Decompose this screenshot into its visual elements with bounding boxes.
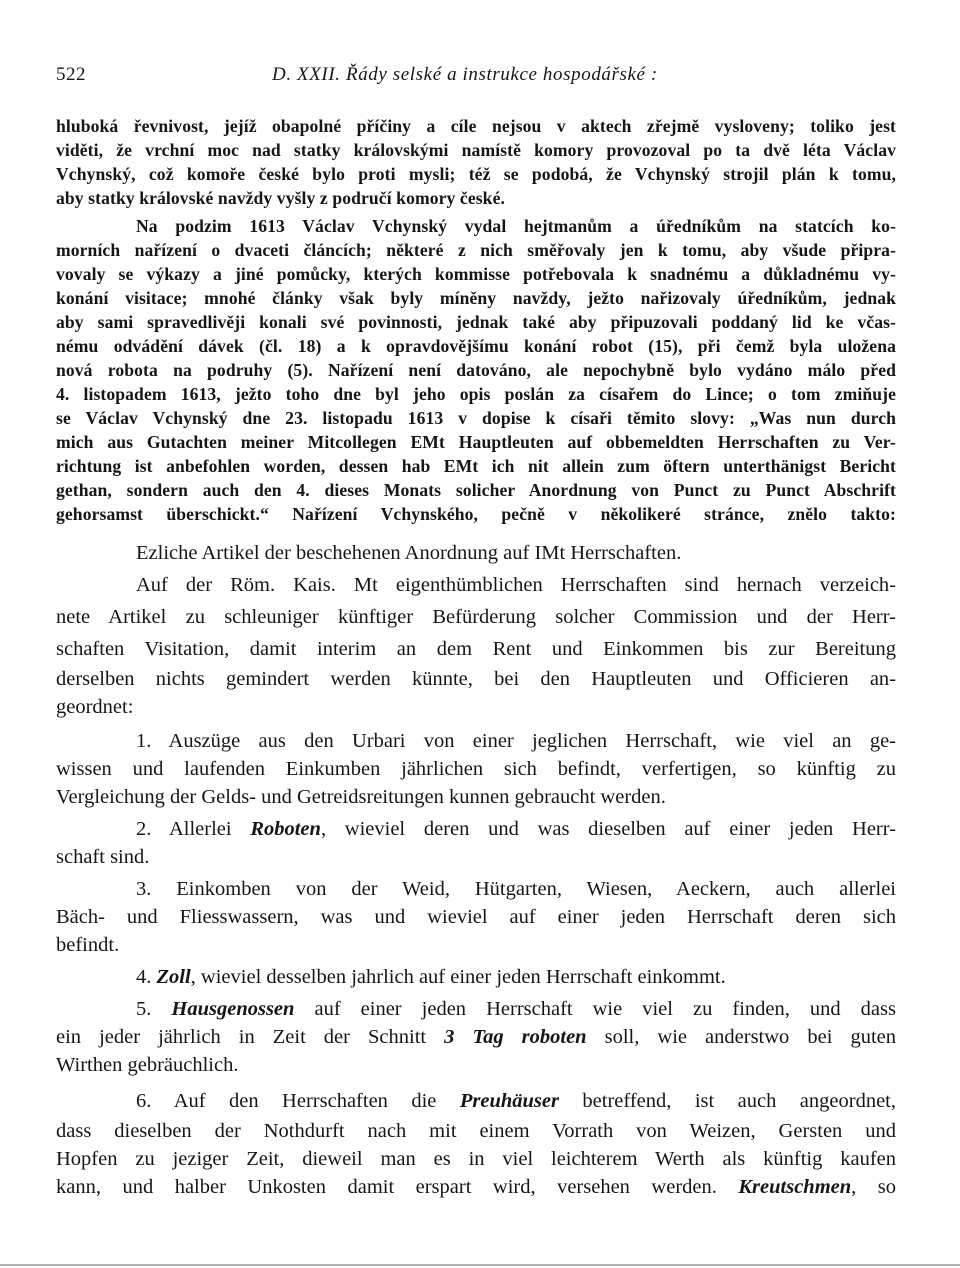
document-heading: Ezliche Artikel der beschehenen Anordnun… xyxy=(136,542,681,565)
article-5-line: 5. Hausgenossen auf einer jeden Herrscha… xyxy=(136,998,896,1021)
article-5-line: ein jeder jährlich in Zeit der Schnitt 3… xyxy=(56,1026,896,1049)
text-line: Auf der Röm. Kais. Mt eigenthümblichen H… xyxy=(136,574,896,597)
article-2-line: schaft sind. xyxy=(56,846,896,869)
text-line: richtung ist anbefohlen worden, dessen h… xyxy=(56,456,896,477)
text-line: Na podzim 1613 Václav Vchynský vydal hej… xyxy=(136,216,896,237)
page-number: 522 xyxy=(56,64,86,86)
text-line: 4. listopadem 1613, ježto toho dne byl j… xyxy=(56,384,896,405)
text-line: nová robota na podruhy (5). Nařízení nen… xyxy=(56,360,896,381)
text-line: Vchynský, což komoře české bylo proti my… xyxy=(56,164,896,185)
text-line: derselben nichts gemindert werden künnte… xyxy=(56,668,896,691)
article-6-line: dass dieselben der Nothdurft nach mit ei… xyxy=(56,1120,896,1143)
text-line: konání visitace; mnohé články však byly … xyxy=(56,288,896,309)
article-6-line: Hopfen zu jeziger Zeit, dieweil man es i… xyxy=(56,1148,896,1171)
article-1-line: Vergleichung der Gelds- und Getreidsreit… xyxy=(56,786,896,809)
text-line: vovaly se výkazy a jiné pomůcky, kterých… xyxy=(56,264,896,285)
text-line: mich aus Gutachten meiner Mitcollegen EM… xyxy=(56,432,896,453)
article-1-line: 1. Auszüge aus den Urbari von einer jegl… xyxy=(136,730,896,753)
text-line: aby sami spravedlivěji konali své povinn… xyxy=(56,312,896,333)
text-line: schaften Visitation, damit interim an de… xyxy=(56,638,896,661)
text-line: hluboká řevnivost, jejíž obapolné příčin… xyxy=(56,116,896,137)
text-line: nému odvádění dávek (čl. 18) a k opravdo… xyxy=(56,336,896,357)
text-line: nete Artikel zu schleuniger künftiger Be… xyxy=(56,606,896,629)
article-3-line: Bäch- und Fliesswassern, was und wieviel… xyxy=(56,906,896,929)
article-5-line: Wirthen gebräuchlich. xyxy=(56,1054,896,1077)
article-6-line: kann, und halber Unkosten damit erspart … xyxy=(56,1176,896,1199)
text-line: aby statky královské navždy vyšly z podr… xyxy=(56,188,896,209)
article-3-line: befindt. xyxy=(56,934,896,957)
text-line: morních nařízení o dvaceti článcích; něk… xyxy=(56,240,896,261)
page-header: 522 D. XXII. Řády selské a instrukce hos… xyxy=(56,64,906,92)
article-1-line: wissen und laufenden Einkumben jährliche… xyxy=(56,758,896,781)
article-3-line: 3. Einkomben von der Weid, Hütgarten, Wi… xyxy=(136,878,896,901)
article-2-line: 2. Allerlei Roboten, wieviel deren und w… xyxy=(136,818,896,841)
article-6-line: 6. Auf den Herrschaften die Preuhäuser b… xyxy=(136,1090,896,1113)
bottom-border xyxy=(0,1264,960,1266)
text-line: se Václav Vchynský dne 23. listopadu 161… xyxy=(56,408,896,429)
running-title: D. XXII. Řády selské a instrukce hospodá… xyxy=(272,64,658,86)
article-4-line: 4. Zoll, wieviel desselben jahrlich auf … xyxy=(136,966,896,989)
text-line: gehorsamst überschickt.“ Nařízení Vchyns… xyxy=(56,504,896,525)
text-line: gethan, sondern auch den 4. dieses Monat… xyxy=(56,480,896,501)
text-line: viděti, že vrchní moc nad statky královs… xyxy=(56,140,896,161)
scanned-book-page: 522 D. XXII. Řády selské a instrukce hos… xyxy=(0,0,960,1266)
text-line: geordnet: xyxy=(56,696,896,719)
